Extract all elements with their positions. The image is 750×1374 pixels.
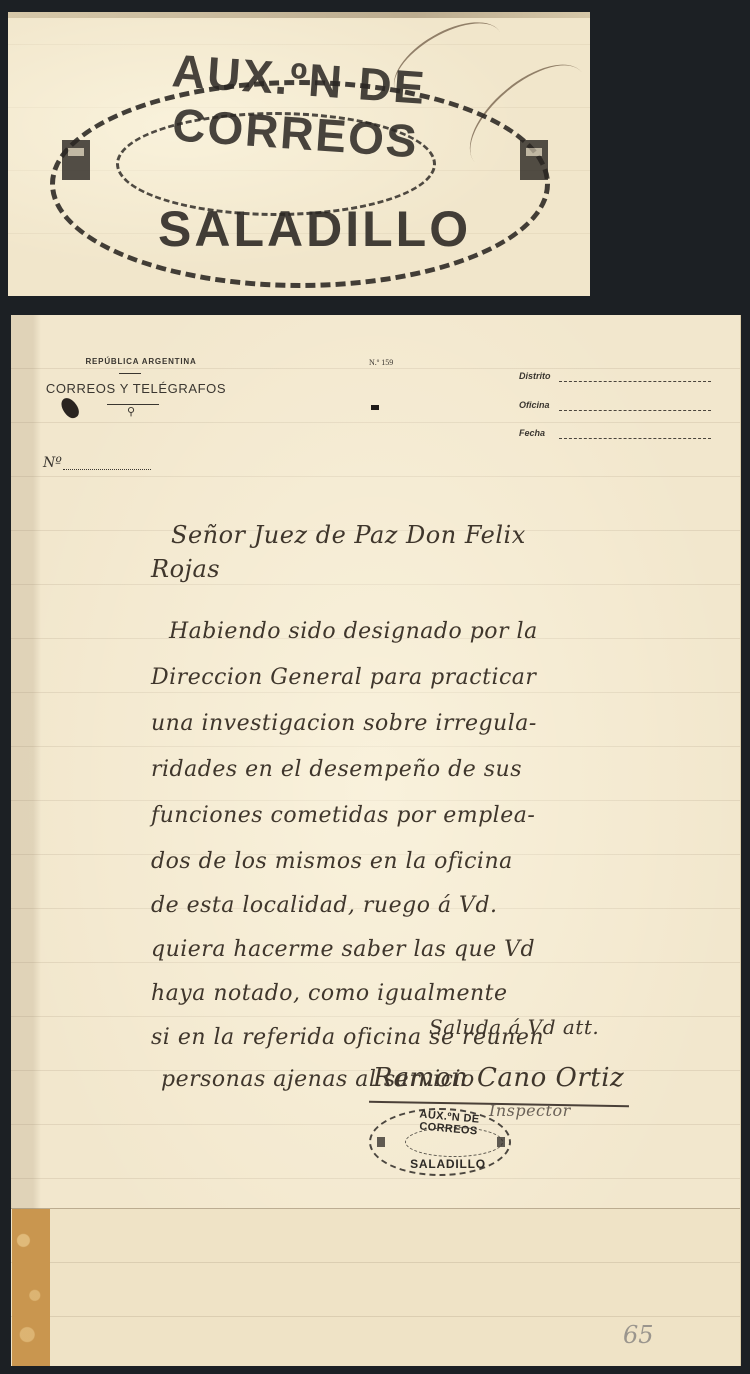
body-line: Habiendo sido designado por la <box>169 619 538 644</box>
closing: Saluda á Vd att. <box>429 1015 599 1039</box>
body-line: Direccion General para practicar <box>151 665 536 690</box>
field-fecha: Fecha <box>519 428 719 442</box>
body-line: una investigacion sobre irregula- <box>151 711 537 736</box>
number-field-line <box>63 469 151 470</box>
greeting-line-2: Rojas <box>151 555 220 583</box>
number-label: Nº <box>43 455 62 471</box>
field-oficina: Oficina <box>519 400 719 414</box>
tape-residue <box>12 1209 50 1366</box>
field-label: Distrito <box>519 371 551 381</box>
body-line: de esta localidad, ruego á Vd. <box>151 893 498 918</box>
paper-edge <box>8 12 590 18</box>
ink-blot <box>58 395 82 421</box>
letterhead-agency: CORREOS Y TELÉGRAFOS <box>41 381 231 396</box>
postmark-side-mark-right: 13 <box>520 140 548 180</box>
field-distrito: Distrito <box>519 371 719 385</box>
fold-line <box>11 1208 740 1209</box>
letter-sheet: REPÚBLICA ARGENTINA CORREOS Y TELÉGRAFOS… <box>11 315 741 1366</box>
signature: Ramon Cano Ortiz <box>373 1063 624 1093</box>
letterhead-country: REPÚBLICA ARGENTINA <box>71 357 211 366</box>
postmark-side-mark-right <box>497 1137 505 1147</box>
greeting-line-1: Señor Juez de Paz Don Felix <box>171 521 526 549</box>
body-line: funciones cometidas por emplea- <box>151 803 535 828</box>
pencil-annotation: 65 <box>623 1321 654 1349</box>
postmark-bottom-text: SALADILLO <box>403 1157 493 1171</box>
postmark-side-mark-left: 13 <box>62 140 90 180</box>
body-line: haya notado, como igualmente <box>151 981 508 1006</box>
form-number: N.º 159 <box>369 358 393 367</box>
field-label: Fecha <box>519 428 545 438</box>
ornament-icon: ⚲ <box>123 405 139 418</box>
postmark-detail-inset: AUX.ºN DE CORREOS 13 13 SALADILLO <box>8 12 590 296</box>
document-scan: AUX.ºN DE CORREOS 13 13 SALADILLO REPÚBL… <box>0 0 750 1374</box>
field-line <box>559 381 711 382</box>
punch-hole <box>371 405 379 410</box>
divider <box>119 373 141 374</box>
body-line: quiera hacerme saber las que Vd <box>151 937 535 962</box>
postmark-side-mark-left <box>377 1137 385 1147</box>
field-line <box>559 438 711 439</box>
body-line: ridades en el desempeño de sus <box>151 757 522 782</box>
postmark-bottom-text: SALADILLO <box>158 200 458 258</box>
field-line <box>559 410 711 411</box>
body-line: dos de los mismos en la oficina <box>151 849 513 874</box>
field-label: Oficina <box>519 400 550 410</box>
